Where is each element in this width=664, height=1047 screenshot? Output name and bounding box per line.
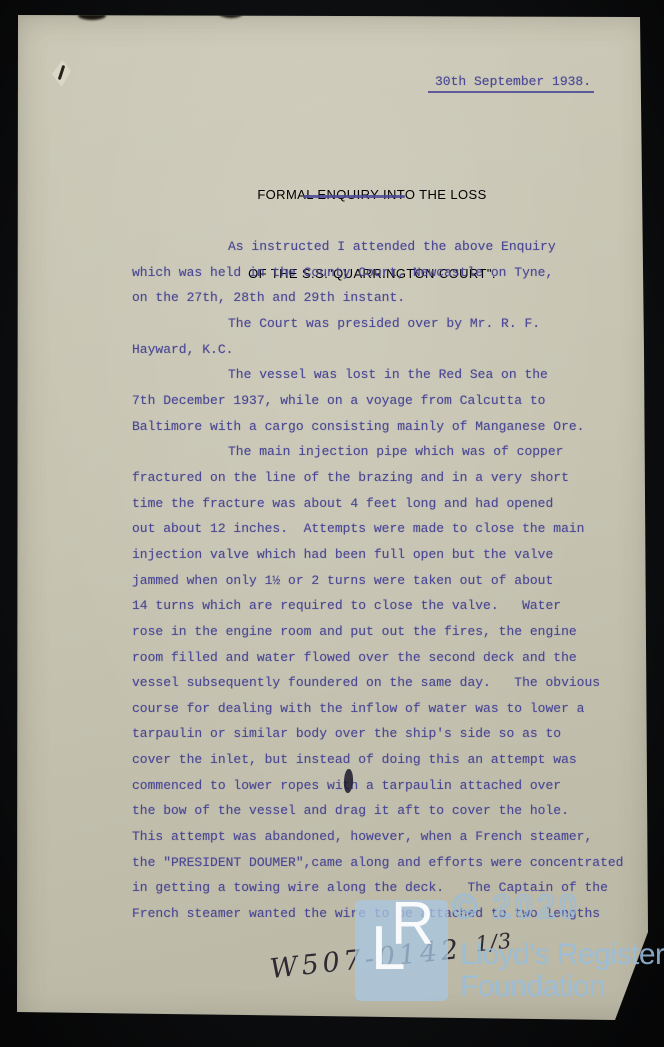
typewritten-line: The main injection pipe which was of cop… xyxy=(132,439,637,465)
typewritten-line: tarpaulin or similar body over the ship'… xyxy=(132,721,637,747)
typewritten-line: Hayward, K.C. xyxy=(132,337,637,363)
typewritten-line: As instructed I attended the above Enqui… xyxy=(132,234,637,260)
scanned-photo-background: 30th September 1938. FORMAL ENQUIRY INTO… xyxy=(0,0,664,1047)
typewritten-line: jammed when only 1½ or 2 turns were take… xyxy=(132,568,637,594)
typewritten-line: in getting a towing wire along the deck.… xyxy=(132,875,637,901)
archive-page-fraction: 1/3 xyxy=(474,929,513,957)
document-page: 30th September 1938. FORMAL ENQUIRY INTO… xyxy=(14,12,654,1026)
typewritten-line: 7th December 1937, while on a voyage fro… xyxy=(132,388,637,414)
typewritten-line: The vessel was lost in the Red Sea on th… xyxy=(132,362,637,388)
typewritten-line: injection valve which had been full open… xyxy=(132,542,637,568)
typewritten-line: French steamer wanted the wire to be att… xyxy=(132,901,637,927)
title-underline-rule xyxy=(303,195,405,198)
typewritten-line: the "PRESIDENT DOUMER",came along and ef… xyxy=(132,850,637,876)
typewritten-line: time the fracture was about 4 feet long … xyxy=(132,491,637,517)
document-date: 30th September 1938. xyxy=(428,74,594,93)
typewritten-line: 14 turns which are required to close the… xyxy=(132,593,637,619)
typewritten-line: Baltimore with a cargo consisting mainly… xyxy=(132,414,637,440)
typewritten-lines: As instructed I attended the above Enqui… xyxy=(132,234,637,927)
archive-ref-number: W507-0142 xyxy=(268,934,463,985)
typewritten-line: This attempt was abandoned, however, whe… xyxy=(132,824,637,850)
typewritten-line: on the 27th, 28th and 29th instant. xyxy=(132,285,637,311)
typewritten-line: rose in the engine room and put out the … xyxy=(132,619,637,645)
typewritten-line: course for dealing with the inflow of wa… xyxy=(132,696,637,722)
typewritten-line: out about 12 inches. Attempts were made … xyxy=(132,516,637,542)
typewritten-line: commenced to lower ropes with a tarpauli… xyxy=(132,773,637,799)
edge-smudge xyxy=(219,9,243,18)
typewritten-line: cover the inlet, but instead of doing th… xyxy=(132,747,637,773)
typewritten-line: the bow of the vessel and drag it aft to… xyxy=(132,798,637,824)
typewritten-line: which was held in the County Court, Newc… xyxy=(132,260,637,286)
typewritten-line: vessel subsequently foundered on the sam… xyxy=(132,670,637,696)
typewritten-line: The Court was presided over by Mr. R. F. xyxy=(132,311,637,337)
archive-reference-handwritten: W507-01421/3 xyxy=(268,929,514,985)
pin-hole xyxy=(52,60,71,87)
edge-smudge xyxy=(78,11,106,20)
typewritten-line: fractured on the line of the brazing and… xyxy=(132,465,637,491)
typewritten-line: room filled and water flowed over the se… xyxy=(132,645,637,671)
